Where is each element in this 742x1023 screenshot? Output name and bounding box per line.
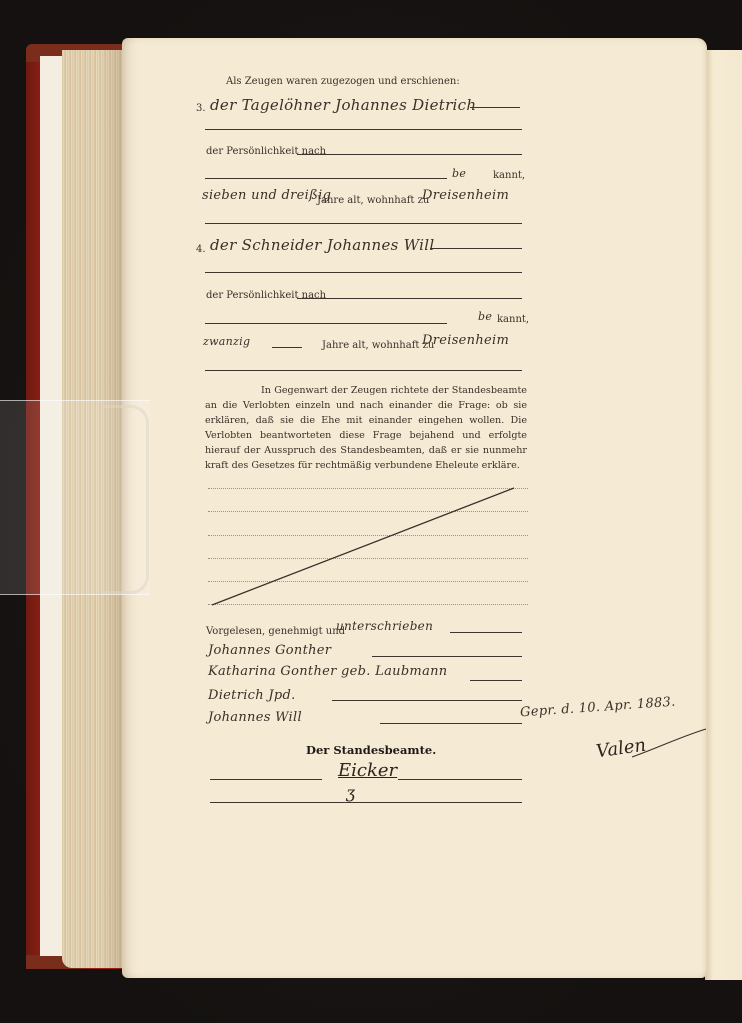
registrar-heading: Der Standesbeamte. xyxy=(306,743,436,757)
witness-3-known-printed: kannt, xyxy=(493,170,525,181)
witness-4-identity-line xyxy=(297,298,522,299)
witness-3-residence: Dreisenheim xyxy=(422,188,509,203)
witness-4-known-line xyxy=(205,323,447,324)
witness-3-name: der Tagelöhner Johannes Dietrich xyxy=(210,96,476,114)
margin-signature-flourish xyxy=(630,725,710,765)
witness-4-known-handwritten: be xyxy=(478,310,492,323)
strike-through-diagonal xyxy=(210,486,520,610)
clip-loop xyxy=(102,405,149,594)
witness-3-known-line xyxy=(205,178,447,179)
read-approved-handwritten: unterschrieben xyxy=(336,619,433,633)
witness-3-identity-label: der Persönlichkeit nach xyxy=(206,146,326,157)
witness-3-age: sieben und dreißig xyxy=(202,188,331,203)
witness-3-age-label: Jahre alt, wohnhaft zu xyxy=(317,195,429,206)
signature-3-line xyxy=(332,700,522,701)
witness-3-line-2 xyxy=(205,129,522,130)
ceremony-paragraph-text: In Gegenwart der Zeugen richtete der Sta… xyxy=(205,385,527,471)
ceremony-paragraph: In Gegenwart der Zeugen richtete der Sta… xyxy=(205,383,527,473)
witness-3-number: 3. xyxy=(196,103,206,114)
witness-4-identity-label: der Persönlichkeit nach xyxy=(206,290,326,301)
signature-2-line xyxy=(470,680,522,681)
facing-page-edge xyxy=(705,50,742,980)
registrar-line-left xyxy=(210,779,322,780)
witness-3-name-line xyxy=(470,107,520,108)
registrar-flourish: ʒ xyxy=(346,783,355,802)
signature-2: Katharina Gonther geb. Laubmann xyxy=(208,664,447,679)
witness-4-age-line xyxy=(272,347,302,348)
read-approved-line xyxy=(450,632,522,633)
signature-1-line xyxy=(372,656,522,657)
signature-1: Johannes Gonther xyxy=(208,643,331,658)
signature-3: Dietrich Jpd. xyxy=(208,688,296,703)
signature-4: Johannes Will xyxy=(208,710,302,725)
witness-3-known-handwritten: be xyxy=(452,167,466,180)
witnesses-heading: Als Zeugen waren zugezogen und erschiene… xyxy=(226,76,460,87)
witness-3-residence-line xyxy=(205,223,522,224)
witness-4-age: zwanzig xyxy=(203,335,250,348)
witness-4-name-line xyxy=(430,248,522,249)
witness-4-name: der Schneider Johannes Will xyxy=(210,236,434,254)
witness-4-residence: Dreisenheim xyxy=(422,333,509,348)
witness-4-line-2 xyxy=(205,272,522,273)
witness-4-number: 4. xyxy=(196,244,206,255)
read-approved-label: Vorgelesen, genehmigt und xyxy=(206,626,345,637)
signature-4-line xyxy=(380,723,522,724)
witness-4-residence-line xyxy=(205,370,522,371)
registrar-line-right xyxy=(398,779,522,780)
witness-4-known-printed: kannt, xyxy=(497,314,529,325)
witness-4-age-label: Jahre alt, wohnhaft zu xyxy=(322,340,434,351)
witness-3-identity-line xyxy=(297,154,522,155)
registrar-signature: Eicker xyxy=(338,760,397,781)
registrar-bottom-line xyxy=(210,802,522,803)
